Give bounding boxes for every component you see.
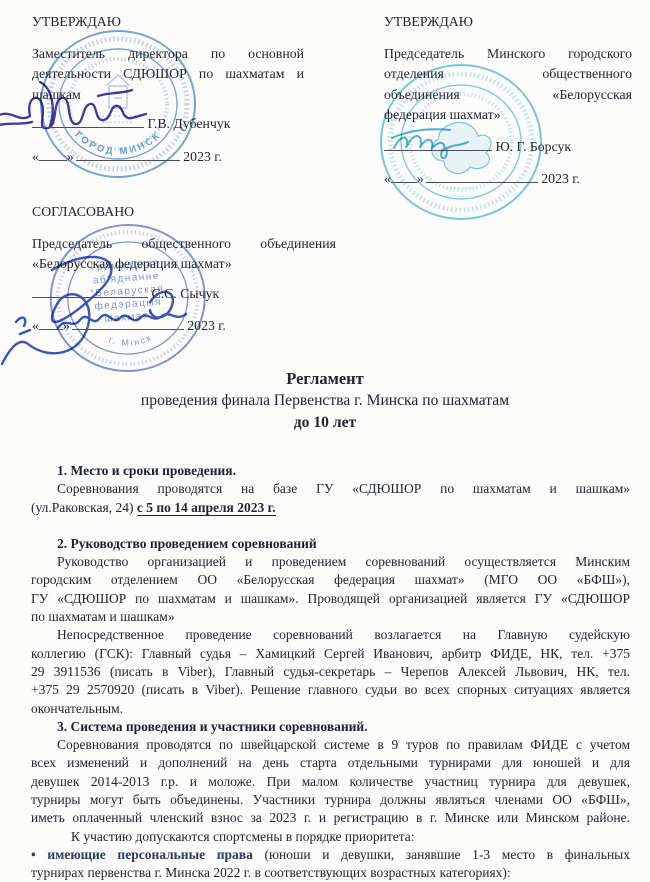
document-page: ГОРОД МИНСК Грамадскае аб'яднанне "Белар… <box>0 0 650 882</box>
text-line: иметь оплаченный членский взнос за 2023 … <box>31 809 630 827</box>
section-2-heading: 2. Руководство проведением соревнований <box>31 535 630 553</box>
date-blank <box>39 147 67 161</box>
date-blank <box>76 147 180 161</box>
date-year: 2023 г. <box>541 171 580 186</box>
text-line: «Белорусская федерация шахмат» <box>32 254 336 275</box>
text-line: объединения «Белорусская <box>384 85 632 106</box>
title-line-3: до 10 лет <box>0 412 650 434</box>
date-row: «» 2023 г. <box>32 316 336 337</box>
signer-name: Ю. Г. Борсук <box>495 139 571 154</box>
date-year: 2023 г. <box>187 318 226 333</box>
text-line: шашкам <box>32 85 304 106</box>
text-line: Соревнования проводятся по швейцарской с… <box>31 736 630 754</box>
document-title: Регламент проведения финала Первенства г… <box>0 368 650 434</box>
date-year: 2023 г. <box>183 149 222 164</box>
approval-label: УТВЕРЖДАЮ <box>384 12 632 33</box>
text-line: по шахматам и шашкам» <box>31 608 630 626</box>
signature-row: Г.В. Дубенчук <box>32 114 304 135</box>
text-line: 29 3911536 (писать в Viber), Главный суд… <box>31 663 630 681</box>
title-line-2: проведения финала Первенства г. Минска п… <box>0 390 650 412</box>
date-blank <box>72 316 184 330</box>
text-line: Председатель Минского городского <box>384 44 632 65</box>
signer-name: Г.В. Дубенчук <box>147 116 230 131</box>
document-body: 1. Место и сроки проведения. Соревновани… <box>31 462 630 882</box>
text-segment: (ул.Раковская, 24) <box>31 500 137 515</box>
text-line: деятельности СДЮШОР по шахматам и <box>32 64 304 85</box>
signature-line <box>32 114 144 128</box>
text-segment: (юноши и девушки, занявшие 1-3 место в ф… <box>264 847 630 862</box>
quote: « <box>32 149 39 164</box>
quote: » <box>417 171 424 186</box>
quote: » <box>67 149 74 164</box>
text-line: всех изменений и дополнений на день стар… <box>31 754 630 772</box>
bullet-line: • имеющие персональные права (юноши и де… <box>31 846 630 864</box>
text-line: окончательным. <box>31 700 630 718</box>
text-line: девушек 2014-2013 г.р. и моложе. При мал… <box>31 773 630 791</box>
date-blank <box>426 169 538 183</box>
text-line: федерация шахмат» <box>384 105 632 126</box>
bullet-bold-phrase: • имеющие персональные права <box>31 847 264 862</box>
section-1-heading: 1. Место и сроки проведения. <box>31 462 630 480</box>
text-line: Соревнования проводятся на базе ГУ «СДЮШ… <box>31 480 630 498</box>
text-line: Непосредственное проведение соревнований… <box>31 626 630 644</box>
text-line: Руководство организацией и проведением с… <box>31 553 630 571</box>
signature-line <box>384 137 492 151</box>
signature-row: С.С. Сычук <box>32 284 336 305</box>
text-line: ГУ «СДЮШОР по шахматам и шашкам». Провод… <box>31 590 630 608</box>
agreed-block: СОГЛАСОВАНО Председатель общественного о… <box>32 202 336 337</box>
date-row: «» 2023 г. <box>384 169 632 190</box>
text-line: коллегию (ГСК): Главный судья – Хамицкий… <box>31 645 630 663</box>
approval-block-right: УТВЕРЖДАЮ Председатель Минского городско… <box>384 12 632 190</box>
dates-underlined: с 5 по 14 апреля 2023 г. <box>137 500 276 516</box>
text-line: турнирах первенства г. Минска 2022 г. в … <box>31 864 630 882</box>
text-line: Заместитель директора по основной <box>32 44 304 65</box>
text-line: отделения общественного <box>384 64 632 85</box>
date-row: «» 2023 г. <box>32 147 304 168</box>
agreed-label: СОГЛАСОВАНО <box>32 202 336 223</box>
approval-label: УТВЕРЖДАЮ <box>32 12 304 33</box>
date-blank <box>391 169 417 183</box>
signature-line <box>32 284 148 298</box>
quote: » <box>63 318 70 333</box>
text-line: Председатель общественного объединения <box>32 234 336 255</box>
title-line-1: Регламент <box>0 368 650 390</box>
section-3-heading: 3. Система проведения и участники соревн… <box>31 718 630 736</box>
text-line: городским отделением ОО «Белорусская фед… <box>31 571 630 589</box>
approval-block-left: УТВЕРЖДАЮ Заместитель директора по основ… <box>32 12 304 167</box>
signer-name: С.С. Сычук <box>151 286 219 301</box>
date-blank <box>39 316 63 330</box>
text-line: (ул.Раковская, 24) с 5 по 14 апреля 2023… <box>31 499 630 517</box>
signature-row: Ю. Г. Борсук <box>384 137 632 158</box>
text-line: турниры могут быть объединены. Участники… <box>31 791 630 809</box>
quote: « <box>32 318 39 333</box>
quote: « <box>384 171 391 186</box>
text-line: +375 29 2570920 (писать в Viber). Решени… <box>31 681 630 699</box>
priority-intro-line: К участию допускаются спортсмены в поряд… <box>31 828 630 846</box>
